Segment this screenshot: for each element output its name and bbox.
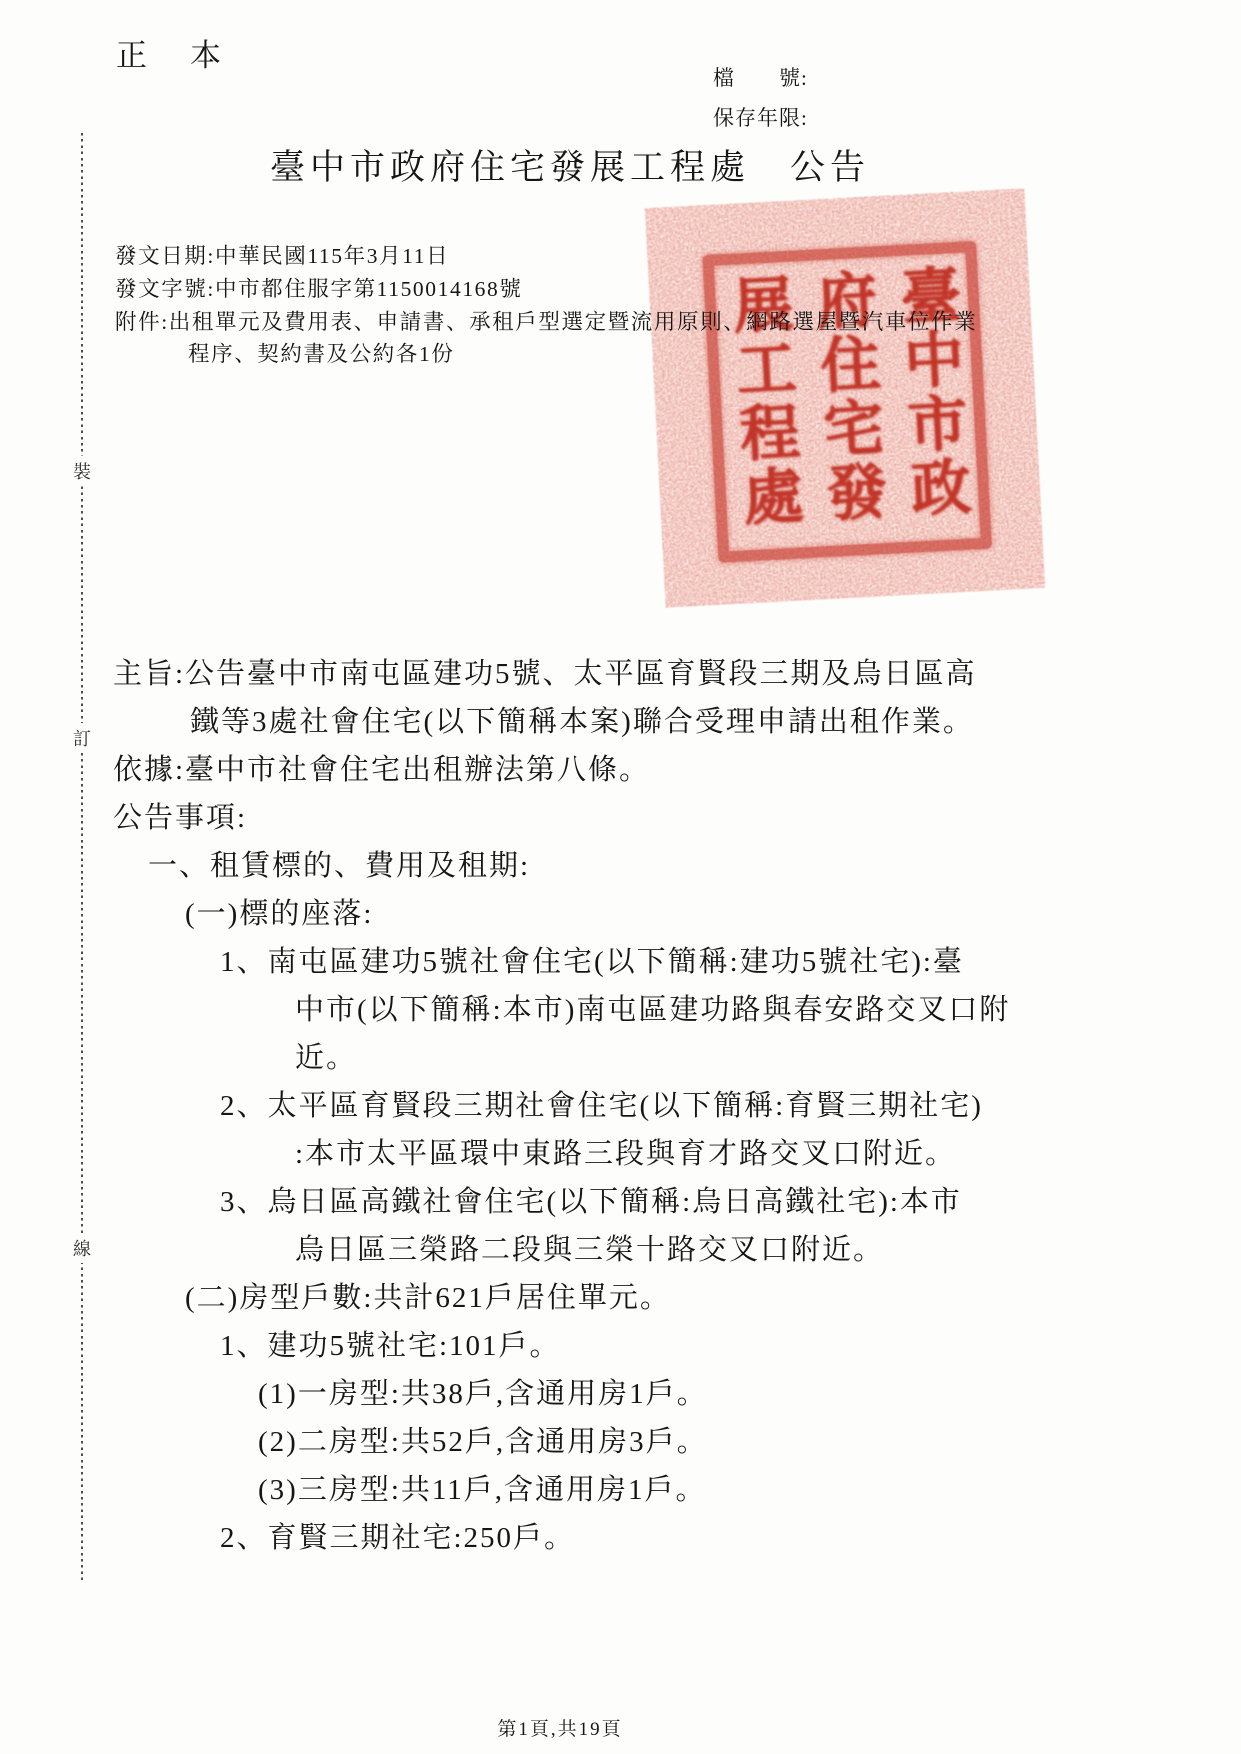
- document-meta: 發文日期:中華民國115年3月11日 發文字號:中市都住服字第115001416…: [115, 240, 1055, 371]
- issue-date-line: 發文日期:中華民國115年3月11日: [115, 240, 1055, 273]
- file-number-label: 檔 號:: [713, 58, 808, 98]
- copy-type-label: 正 本: [116, 30, 227, 75]
- document-title: 臺中市政府住宅發展工程處 公告: [0, 140, 1140, 190]
- location-2-cont: :本市太平區環中東路三段與育才路交叉口附近。: [0, 1130, 1241, 1178]
- document-page: 正 本 檔 號: 保存年限: 臺中市政府住宅發展工程處 公告 臺中市政府住宅發: [0, 0, 1241, 1754]
- location-2-line: 2、太平區育賢段三期社會住宅(以下簡稱:育賢三期社宅): [0, 1082, 1241, 1130]
- binding-label-zhuang: 裝: [67, 456, 97, 486]
- subject-line-cont: 鐵等3處社會住宅(以下簡稱本案)聯合受理申請出租作業。: [0, 698, 1241, 746]
- three-bedroom-line: (3)三房型:共11戶,含通用房1戶。: [0, 1466, 1241, 1514]
- announcement-items-heading: 公告事項:: [0, 794, 1241, 842]
- attachment-line-1: 附件:出租單元及費用表、申請書、承租戶型選定暨流用原則、網路選屋暨汽車位作業: [115, 306, 1055, 339]
- unit-count-heading: (二)房型戶數:共計621戶居住單元。: [0, 1274, 1241, 1322]
- jiangong-units-line: 1、建功5號社宅:101戶。: [0, 1322, 1241, 1370]
- doc-number-line: 發文字號:中市都住服字第1150014168號: [115, 273, 1055, 306]
- file-meta-block: 檔 號: 保存年限:: [713, 58, 808, 138]
- location-3-line: 3、烏日區高鐵社會住宅(以下簡稱:烏日高鐵社宅):本市: [0, 1178, 1241, 1226]
- attachment-line-2: 程序、契約書及公約各1份: [115, 338, 1055, 371]
- one-bedroom-line: (1)一房型:共38戶,含通用房1戶。: [0, 1370, 1241, 1418]
- location-3-cont: 烏日區三榮路二段與三榮十路交叉口附近。: [0, 1226, 1241, 1274]
- location-1-end: 近。: [0, 1034, 1241, 1082]
- item-one-heading: 一、租賃標的、費用及租期:: [0, 842, 1241, 890]
- announcement-body: 主旨:公告臺中市南屯區建功5號、太平區育賢段三期及烏日區高 鐵等3處社會住宅(以…: [0, 650, 1241, 1562]
- location-1-line: 1、南屯區建功5號社會住宅(以下簡稱:建功5號社宅):臺: [0, 938, 1241, 986]
- two-bedroom-line: (2)二房型:共52戶,含通用房3戶。: [0, 1418, 1241, 1466]
- location-1-cont: 中市(以下簡稱:本市)南屯區建功路與春安路交叉口附: [0, 986, 1241, 1034]
- item-location-heading: (一)標的座落:: [0, 890, 1241, 938]
- retention-period-label: 保存年限:: [713, 98, 808, 138]
- legal-basis-line: 依據:臺中市社會住宅出租辦法第八條。: [0, 746, 1241, 794]
- subject-line: 主旨:公告臺中市南屯區建功5號、太平區育賢段三期及烏日區高: [0, 650, 1241, 698]
- yuxian-units-line: 2、育賢三期社宅:250戶。: [0, 1514, 1241, 1562]
- page-number: 第1頁,共19頁: [0, 1714, 1120, 1741]
